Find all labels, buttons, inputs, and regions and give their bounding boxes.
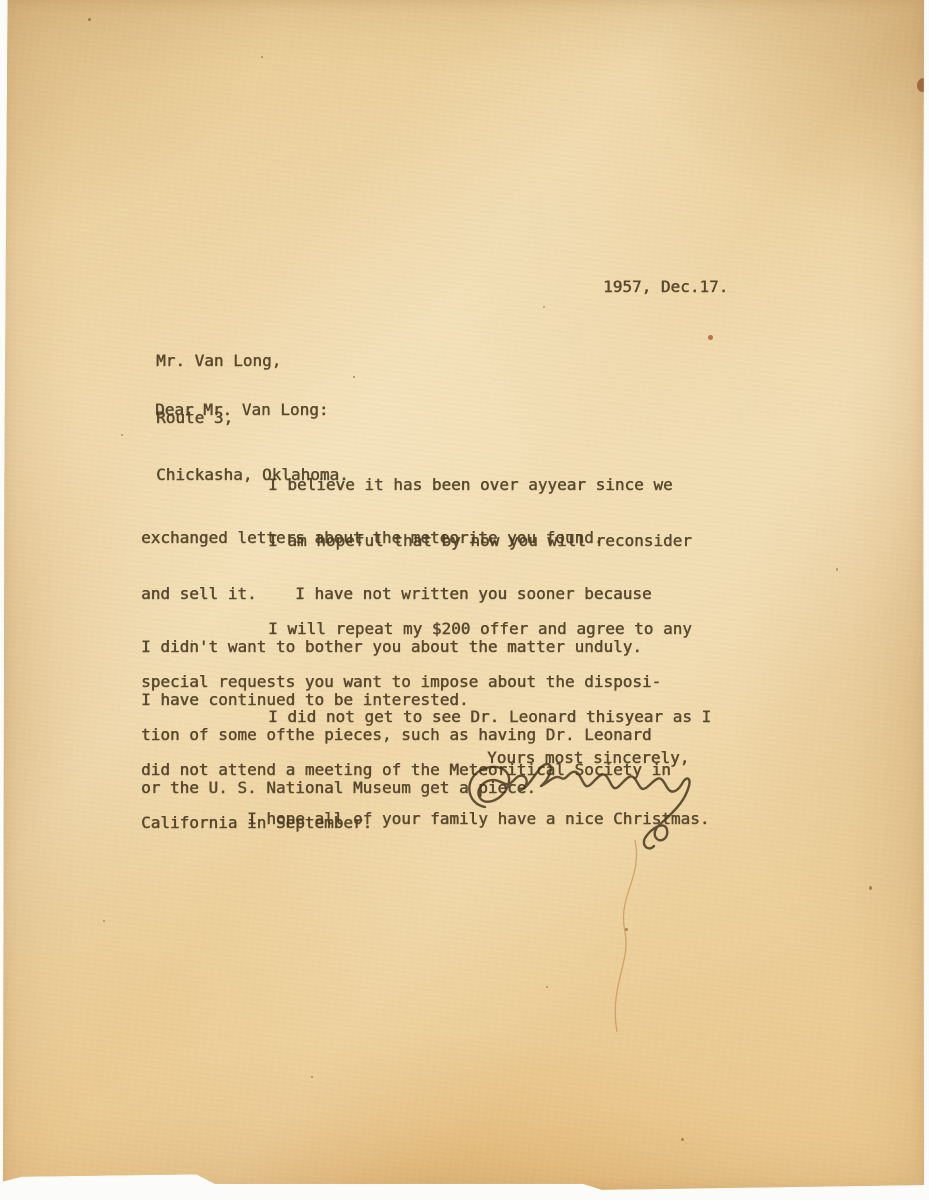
paper-speck <box>681 1138 684 1141</box>
postscript-line: I hope all of your family have a nice Ch… <box>247 810 709 828</box>
paper-crease <box>601 836 651 1036</box>
salutation: Dear Mr. Van Long: <box>155 401 328 419</box>
paper-speck <box>543 306 545 308</box>
paper-speck <box>353 376 355 378</box>
handwritten-signature <box>455 752 725 862</box>
letter-paper: 1957, Dec.17. Mr. Van Long, Route 3, Chi… <box>3 0 924 1191</box>
paper-speck <box>261 56 263 58</box>
scanned-letter-page: 1957, Dec.17. Mr. Van Long, Route 3, Chi… <box>0 0 929 1200</box>
paragraph-line: I did not get to see Dr. Leonard thisyea… <box>141 708 711 726</box>
paragraph-line: I believe it has been over ayyear since … <box>141 476 673 494</box>
paragraph-line: I am hopeful that by now you will recons… <box>141 532 692 550</box>
paper-speck <box>917 78 929 92</box>
paper-speck <box>546 986 548 988</box>
letter-date: 1957, Dec.17. <box>603 278 728 296</box>
paper-speck <box>121 434 123 436</box>
paper-speck <box>836 568 838 571</box>
paper-speck <box>869 886 872 890</box>
paper-speck <box>708 335 713 340</box>
paragraph-line: I will repeat my $200 offer and agree to… <box>141 620 692 638</box>
paper-speck <box>311 1076 313 1078</box>
paper-speck <box>103 920 105 922</box>
address-line: Mr. Van Long, <box>156 351 349 370</box>
paper-speck <box>88 18 91 21</box>
